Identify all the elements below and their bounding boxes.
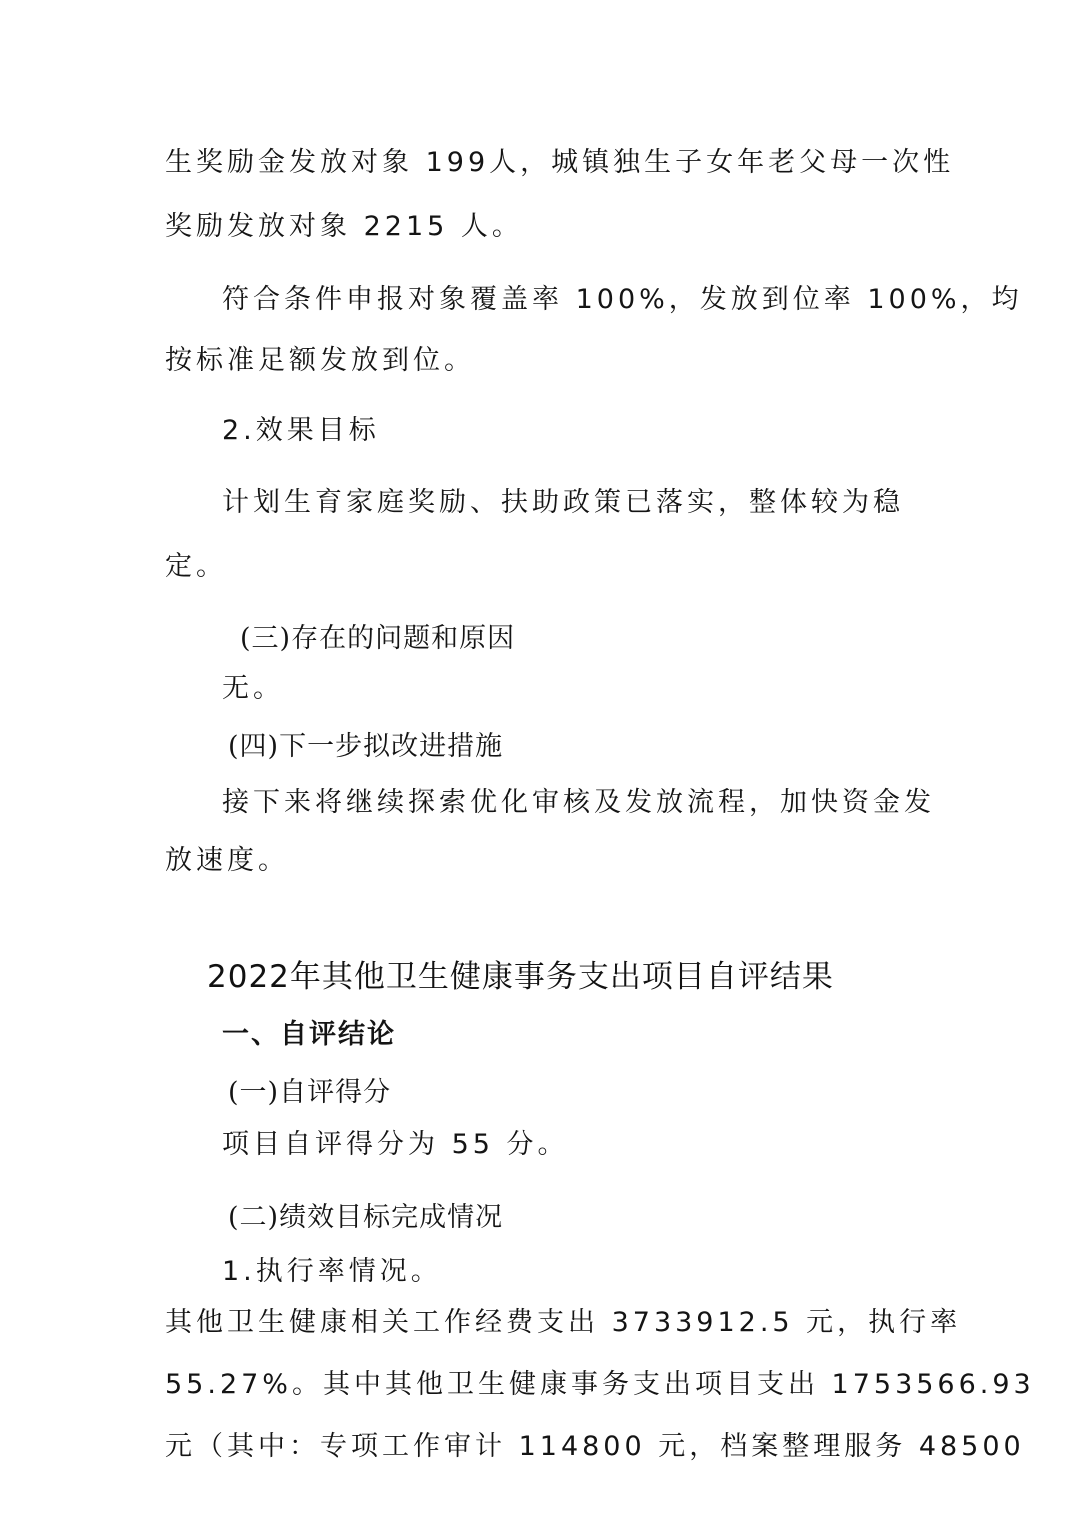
subheading-effect-goal: 2.效果目标 [222,414,380,448]
paragraph-line: 55.27%。其中其他卫生健康事务支出项目支出 1753566.93 [165,1368,1035,1402]
paragraph-score: 项目自评得分为 55 分。 [222,1128,569,1162]
heading-self-eval-score: (一)自评得分 [228,1076,391,1110]
heading-next-steps: (四)下一步拟改进措施 [228,730,503,764]
paragraph-line: 符合条件申报对象覆盖率 100%，发放到位率 100%，均 [222,283,1023,317]
paragraph-line: 生奖励金发放对象 199人，城镇独生子女年老父母一次性 [165,146,954,180]
paragraph-line: 按标准足额发放到位。 [165,344,475,378]
paragraph-line: 奖励发放对象 2215 人。 [165,210,523,244]
paragraph-line: 放速度。 [165,844,289,878]
heading-problems: (三)存在的问题和原因 [240,622,515,656]
subheading-execution-rate: 1.执行率情况。 [222,1255,442,1289]
paragraph-line: 元（其中：专项工作审计 114800 元，档案整理服务 48500 [165,1430,1025,1464]
paragraph-line: 接下来将继续探索优化审核及发放流程，加快资金发 [222,786,935,820]
paragraph-line: 计划生育家庭奖励、扶助政策已落实，整体较为稳 [222,486,904,520]
paragraph-line: 其他卫生健康相关工作经费支出 3733912.5 元，执行率 [165,1306,961,1340]
paragraph-line: 定。 [165,550,227,584]
section-title: 2022年其他卫生健康事务支出项目自评结果 [207,957,834,997]
paragraph-line: 无。 [222,672,284,706]
heading-self-eval-conclusion: 一、自评结论 [222,1018,396,1052]
heading-performance: (二)绩效目标完成情况 [228,1201,503,1235]
